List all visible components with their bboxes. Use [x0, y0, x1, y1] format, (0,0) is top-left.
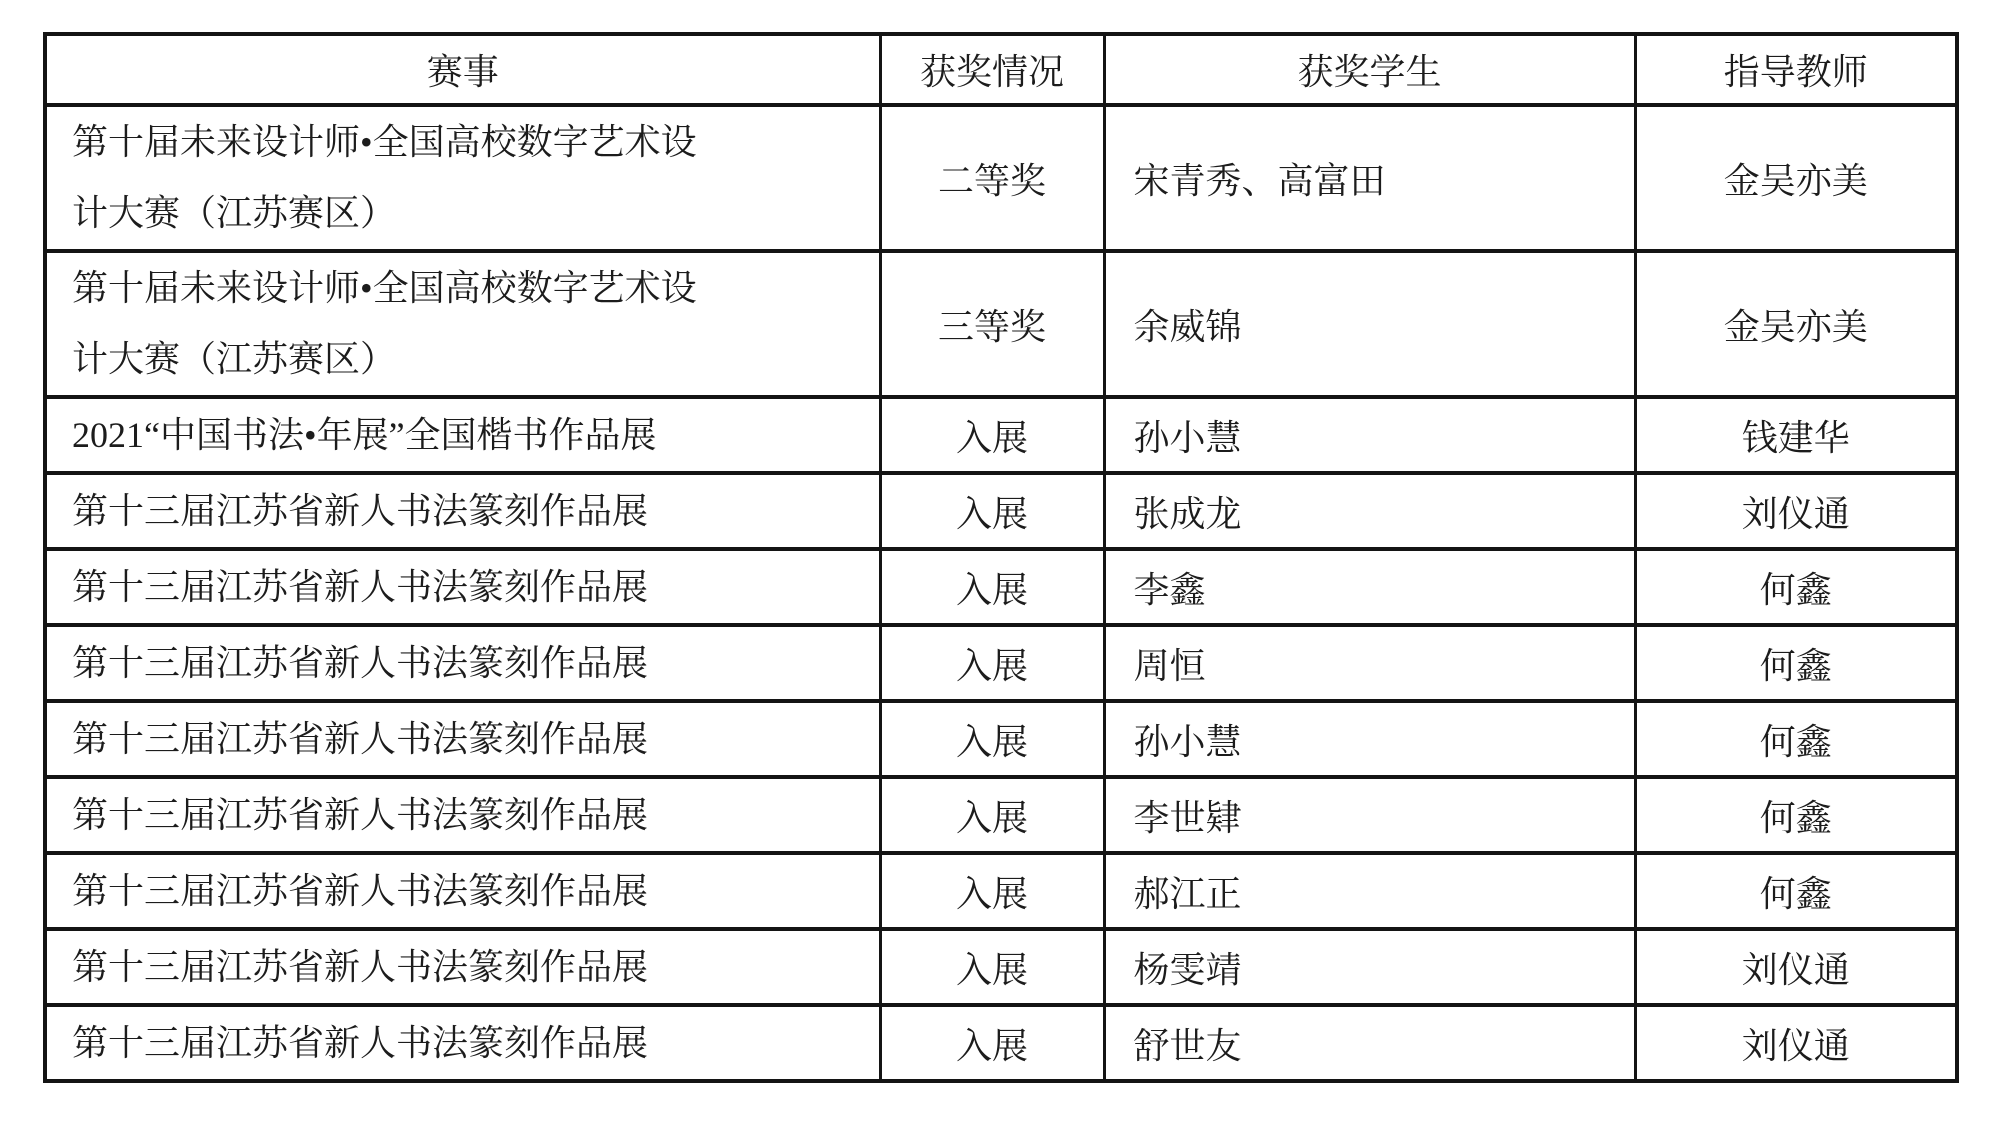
students-cell: 张成龙	[1104, 473, 1635, 549]
table-row: 第十三届江苏省新人书法篆刻作品展 入展 孙小慧 何鑫	[45, 701, 1957, 777]
event-cell: 第十三届江苏省新人书法篆刻作品展	[45, 473, 880, 549]
students-cell: 余威锦	[1104, 251, 1635, 397]
table-row: 第十三届江苏省新人书法篆刻作品展 入展 舒世友 刘仪通	[45, 1005, 1957, 1081]
teacher-cell: 何鑫	[1635, 853, 1957, 929]
students-cell: 周恒	[1104, 625, 1635, 701]
table-row: 第十届未来设计师•全国高校数字艺术设 计大赛（江苏赛区） 三等奖 余威锦 金吴亦…	[45, 251, 1957, 397]
students-cell: 舒世友	[1104, 1005, 1635, 1081]
event-cell: 2021“中国书法•年展”全国楷书作品展	[45, 397, 880, 473]
event-cell: 第十三届江苏省新人书法篆刻作品展	[45, 929, 880, 1005]
table-header-row: 赛事 获奖情况 获奖学生 指导教师	[45, 34, 1957, 105]
header-students: 获奖学生	[1104, 34, 1635, 105]
header-teacher: 指导教师	[1635, 34, 1957, 105]
award-cell: 三等奖	[880, 251, 1104, 397]
students-cell: 郝江正	[1104, 853, 1635, 929]
award-cell: 入展	[880, 929, 1104, 1005]
award-cell: 入展	[880, 473, 1104, 549]
event-cell: 第十届未来设计师•全国高校数字艺术设 计大赛（江苏赛区）	[45, 105, 880, 251]
teacher-cell: 金吴亦美	[1635, 105, 1957, 251]
event-cell: 第十届未来设计师•全国高校数字艺术设 计大赛（江苏赛区）	[45, 251, 880, 397]
header-award: 获奖情况	[880, 34, 1104, 105]
teacher-cell: 刘仪通	[1635, 1005, 1957, 1081]
teacher-cell: 何鑫	[1635, 777, 1957, 853]
table-row: 第十三届江苏省新人书法篆刻作品展 入展 张成龙 刘仪通	[45, 473, 1957, 549]
teacher-cell: 何鑫	[1635, 549, 1957, 625]
table-row: 第十三届江苏省新人书法篆刻作品展 入展 李世肄 何鑫	[45, 777, 1957, 853]
teacher-cell: 何鑫	[1635, 701, 1957, 777]
teacher-cell: 钱建华	[1635, 397, 1957, 473]
event-cell: 第十三届江苏省新人书法篆刻作品展	[45, 625, 880, 701]
table-row: 第十三届江苏省新人书法篆刻作品展 入展 周恒 何鑫	[45, 625, 1957, 701]
table-row: 第十三届江苏省新人书法篆刻作品展 入展 郝江正 何鑫	[45, 853, 1957, 929]
table-row: 第十届未来设计师•全国高校数字艺术设 计大赛（江苏赛区） 二等奖 宋青秀、高富田…	[45, 105, 1957, 251]
award-cell: 入展	[880, 777, 1104, 853]
teacher-cell: 刘仪通	[1635, 929, 1957, 1005]
students-cell: 杨雯靖	[1104, 929, 1635, 1005]
award-cell: 入展	[880, 701, 1104, 777]
event-cell: 第十三届江苏省新人书法篆刻作品展	[45, 701, 880, 777]
table-row: 第十三届江苏省新人书法篆刻作品展 入展 杨雯靖 刘仪通	[45, 929, 1957, 1005]
awards-table: 赛事 获奖情况 获奖学生 指导教师 第十届未来设计师•全国高校数字艺术设 计大赛…	[43, 32, 1959, 1083]
students-cell: 宋青秀、高富田	[1104, 105, 1635, 251]
award-cell: 二等奖	[880, 105, 1104, 251]
event-cell: 第十三届江苏省新人书法篆刻作品展	[45, 853, 880, 929]
header-event: 赛事	[45, 34, 880, 105]
event-cell: 第十三届江苏省新人书法篆刻作品展	[45, 1005, 880, 1081]
document-page: 赛事 获奖情况 获奖学生 指导教师 第十届未来设计师•全国高校数字艺术设 计大赛…	[0, 0, 2000, 1125]
event-cell: 第十三届江苏省新人书法篆刻作品展	[45, 777, 880, 853]
teacher-cell: 刘仪通	[1635, 473, 1957, 549]
students-cell: 孙小慧	[1104, 701, 1635, 777]
award-cell: 入展	[880, 397, 1104, 473]
students-cell: 孙小慧	[1104, 397, 1635, 473]
students-cell: 李鑫	[1104, 549, 1635, 625]
table-row: 第十三届江苏省新人书法篆刻作品展 入展 李鑫 何鑫	[45, 549, 1957, 625]
teacher-cell: 何鑫	[1635, 625, 1957, 701]
students-cell: 李世肄	[1104, 777, 1635, 853]
table-row: 2021“中国书法•年展”全国楷书作品展 入展 孙小慧 钱建华	[45, 397, 1957, 473]
award-cell: 入展	[880, 625, 1104, 701]
event-cell: 第十三届江苏省新人书法篆刻作品展	[45, 549, 880, 625]
award-cell: 入展	[880, 1005, 1104, 1081]
award-cell: 入展	[880, 853, 1104, 929]
teacher-cell: 金吴亦美	[1635, 251, 1957, 397]
award-cell: 入展	[880, 549, 1104, 625]
